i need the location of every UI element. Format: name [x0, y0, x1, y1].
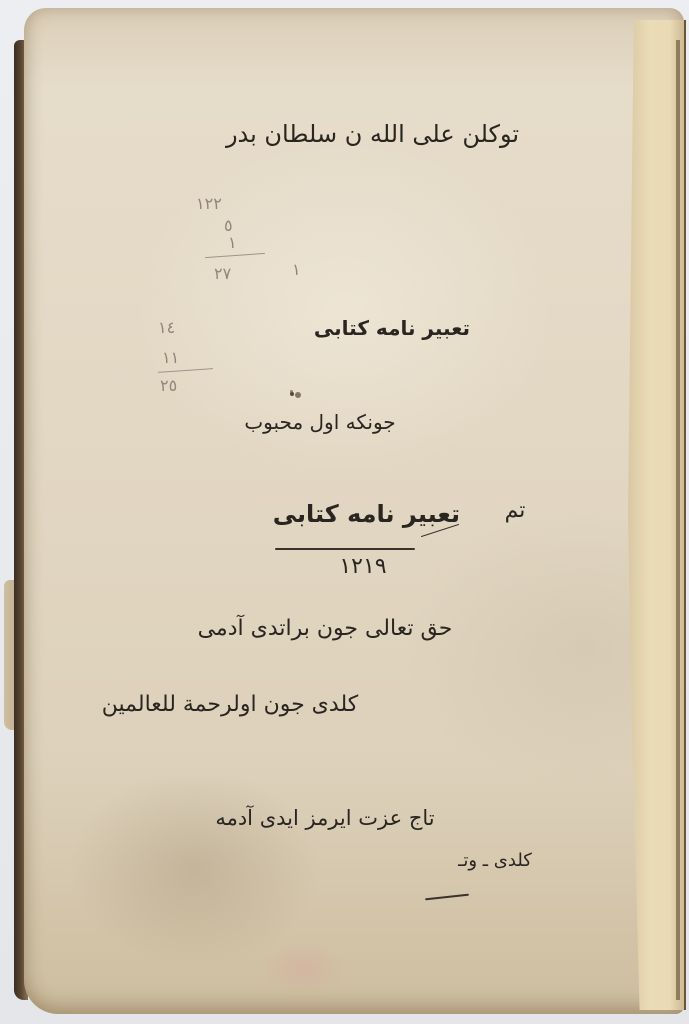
calligraphy-stroke — [275, 548, 415, 550]
manuscript-year: ١٢١٩ — [318, 556, 408, 578]
pencil-number: ٢٥ — [160, 378, 177, 394]
pencil-number: ١١ — [162, 350, 179, 366]
manuscript-line-4: كلدى جون اولرحمة للعالمين — [70, 694, 390, 716]
manuscript-line-5: تاج عزت ايرمز ايدى آدمه — [185, 808, 465, 829]
pencil-number: ٥ — [224, 218, 233, 234]
pencil-number: ١٤ — [158, 320, 175, 336]
ink-speck — [295, 392, 301, 398]
pencil-number: ٢٧ — [214, 266, 231, 282]
manuscript-line-2: جونكه اول محبوب — [230, 412, 410, 432]
ink-speck — [290, 390, 293, 393]
pencil-number: ١ — [228, 235, 237, 251]
manuscript-line-invocation: توكلن على الله ن سلطان بدر — [225, 122, 520, 146]
manuscript-line-6: كلدى ـ وتـ — [430, 852, 560, 870]
manuscript-title-1: تعبير نامه كتابى — [340, 318, 470, 338]
manuscript-side-note: تم — [500, 500, 530, 522]
manuscript-title-2: تعبير نامه كتابى — [280, 502, 460, 526]
pencil-number: ١٢٢ — [196, 196, 222, 212]
flap-edge — [676, 40, 680, 1000]
pencil-mark: ١ — [292, 262, 301, 278]
manuscript-line-3: حق تعالى جون براتدى آدمى — [185, 618, 465, 640]
